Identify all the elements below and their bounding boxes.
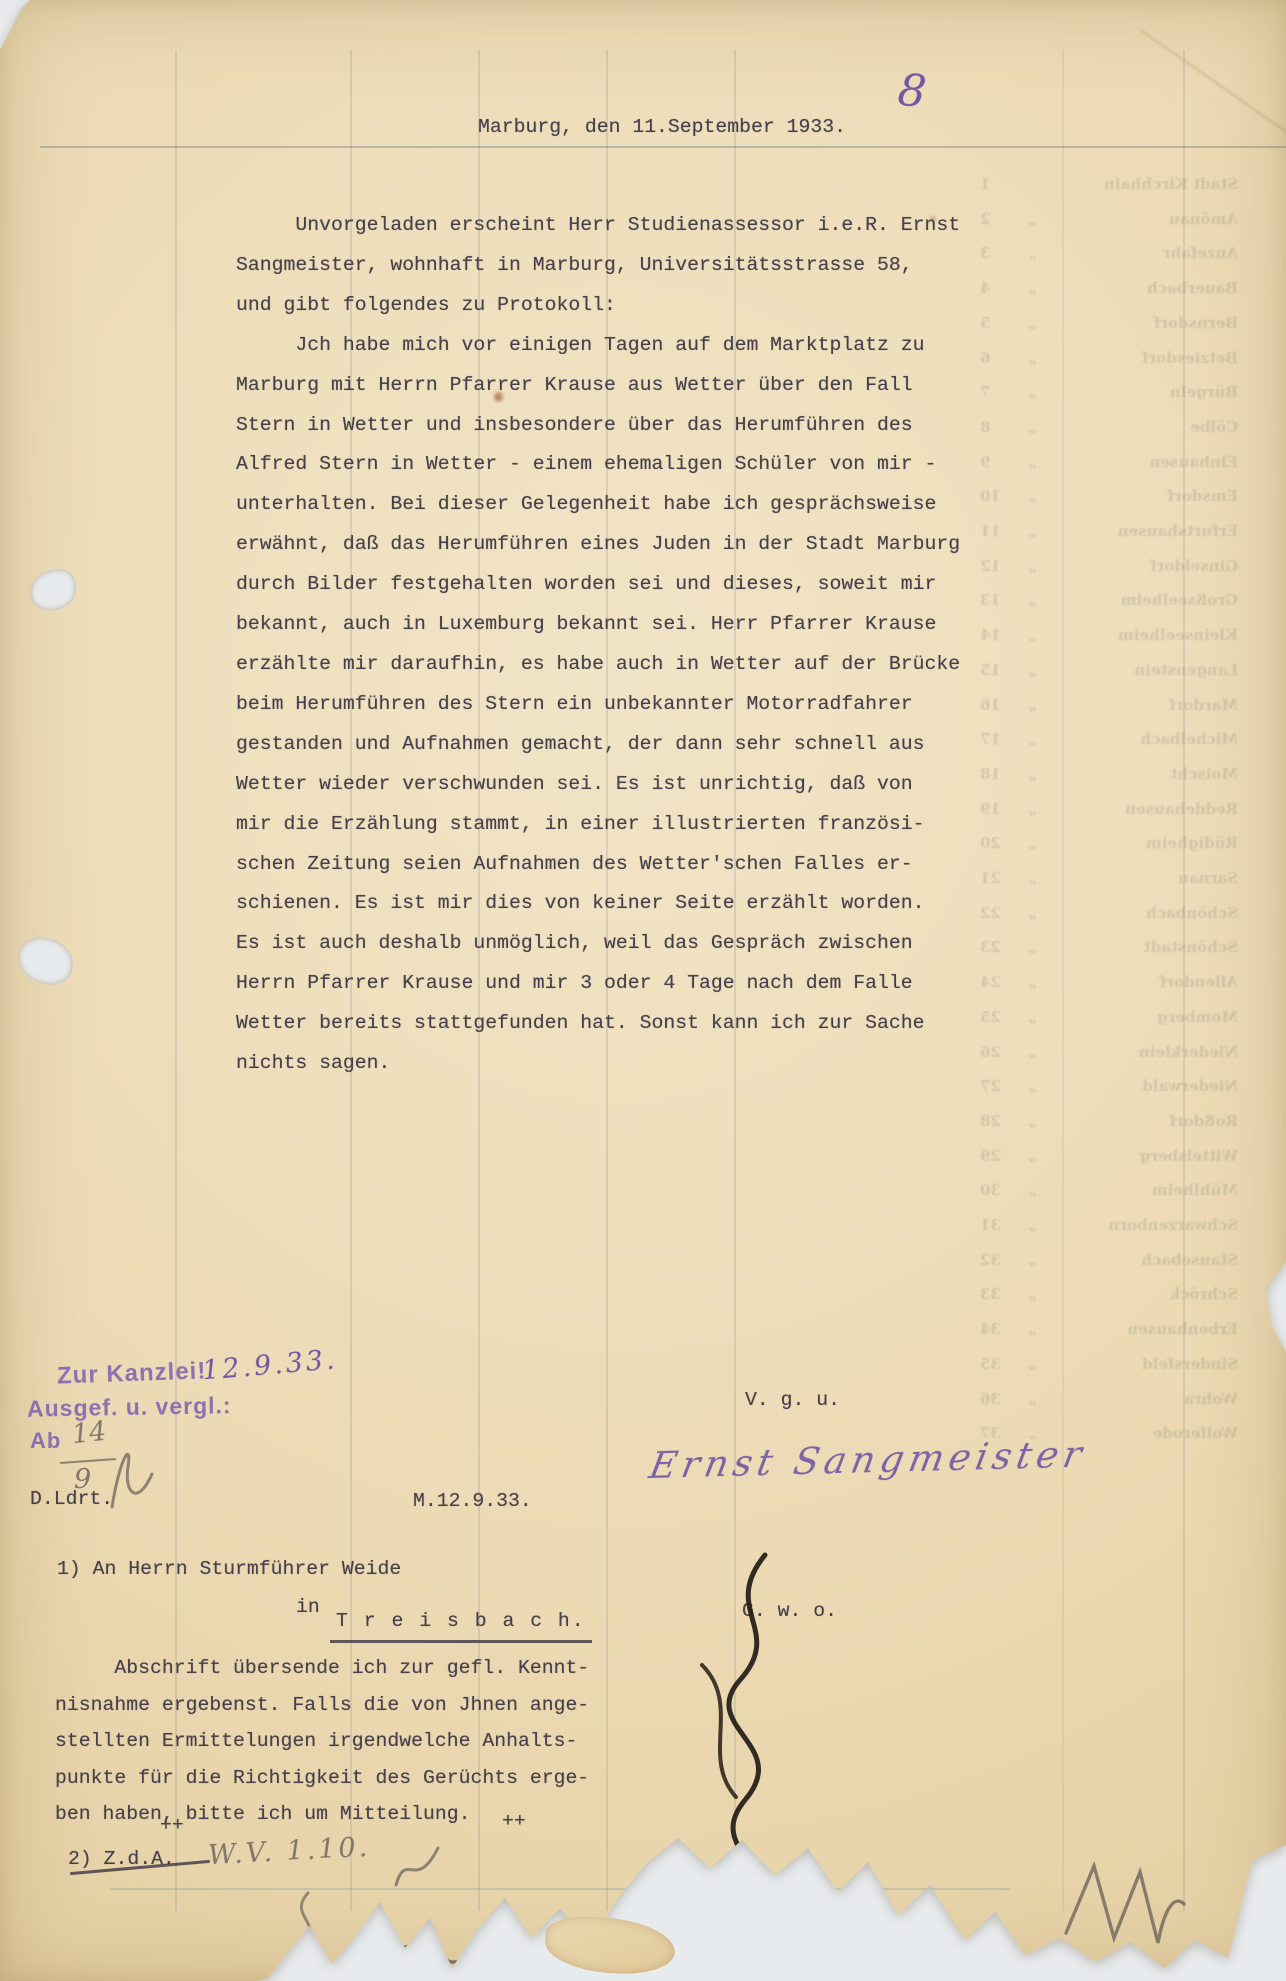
bleedthrough-row: Cölbe„8 (980, 411, 1238, 443)
bleedthrough-row: Bauerbach„4 (980, 272, 1238, 304)
bleedthrough-row: Reddehausen„19 (980, 793, 1238, 825)
bleedthrough-row: Niederklein„26 (980, 1036, 1238, 1068)
dispatch-in: in (296, 1588, 320, 1628)
bleedthrough-row: Moischt„18 (980, 758, 1238, 790)
kanzlei-stamp: Zur Kanzlei! (57, 1357, 207, 1390)
bleedthrough-row: Wittelsberg„29 (980, 1140, 1238, 1172)
paper-sheet: Stadt Kirchhain1Amönau„2Anzefahr„3Bauerb… (0, 0, 1286, 1981)
bleedthrough-row: Elnhausen„9 (980, 446, 1238, 478)
bleedthrough-row: Anzefahr„3 (980, 237, 1238, 269)
dispatch-place: T r e i s b a c h. (336, 1602, 586, 1642)
bleedthrough-row: Bernsdorf„5 (980, 307, 1238, 339)
bleedthrough-row: Amönau„2 (980, 203, 1238, 235)
scanned-document: Stadt Kirchhain1Amönau„2Anzefahr„3Bauerb… (0, 0, 1286, 1981)
ab-stamp: Ab (30, 1428, 61, 1454)
bleedthrough-row: Schröck„33 (980, 1278, 1238, 1310)
ausgef-stamp: Ausgef. u. vergl.: (27, 1392, 232, 1423)
bleedthrough-row: Mardorf„16 (980, 689, 1238, 721)
bleedthrough-row: Ginseldorf„12 (980, 550, 1238, 582)
bleedthrough-row: Niederwald„27 (980, 1070, 1238, 1102)
ink-paraph (640, 1545, 830, 1895)
bleedthrough-row: Schwarzenborn„31 (980, 1209, 1238, 1241)
bleedthrough-row: Stadt Kirchhain1 (980, 168, 1238, 200)
bleedthrough-row: Momberg„25 (980, 1001, 1238, 1033)
pencil-zigzag-paraph (1056, 1848, 1196, 1963)
crease-line (1062, 50, 1064, 1911)
punch-hole (27, 567, 78, 613)
bleedthrough-row: Schönstadt„23 (980, 931, 1238, 963)
bleedthrough-row: Emsdorf„10 (980, 480, 1238, 512)
bleedthrough-row: Sindersfeld„35 (980, 1348, 1238, 1380)
paper-shadow-wrap: Stadt Kirchhain1Amönau„2Anzefahr„3Bauerb… (0, 0, 1286, 1981)
page-number-annotation: 8 (895, 65, 928, 119)
zda-handwritten: W.V. 1.10. (207, 1832, 371, 1871)
treisbach-underline (330, 1640, 592, 1643)
bleedthrough-row: Erbenhausen„34 (980, 1313, 1238, 1345)
protocol-body: Unvorgeladen erscheint Herr Studienasses… (236, 206, 960, 1084)
stamp-date-handwritten: 12.9.33. (201, 1344, 339, 1387)
zda-note: 2) Z.d.A. (68, 1840, 175, 1880)
bleedthrough-row: Stausebach„32 (980, 1244, 1238, 1276)
plus-marks-right: ++ (502, 1802, 526, 1842)
crease-line (1183, 50, 1185, 1911)
crease-line (175, 50, 177, 1911)
bleedthrough-row: Rüdigheim„20 (980, 827, 1238, 859)
dispatch-note-1: 1) An Herrn Sturmführer Weide (57, 1550, 401, 1590)
pencil-scribble (280, 1888, 336, 1978)
bleedthrough-row: Großseelheim„13 (980, 584, 1238, 616)
bleedthrough-row: Kleinseelheim„14 (980, 619, 1238, 651)
dateline: Marburg, den 11.September 1933. (478, 108, 846, 148)
bleedthrough-row: Schönbach„22 (980, 897, 1238, 929)
dldrt-label: D.Ldrt. (30, 1480, 113, 1520)
bleedthrough-row: Betziesdorf„6 (980, 342, 1238, 374)
crease-line (110, 1888, 1010, 1890)
bleedthrough-row: Erfurtshausen„11 (980, 515, 1238, 547)
bleedthrough-row: Roßdorf„28 (980, 1105, 1238, 1137)
pencil-scribble (352, 1908, 482, 1980)
bleedthrough-row: Sarnau„21 (980, 862, 1238, 894)
bleedthrough-row: Bürgeln„7 (980, 376, 1238, 408)
bleedthrough-row: Langenstein„15 (980, 654, 1238, 686)
vgu-closing: V. g. u. (745, 1381, 840, 1421)
bleedthrough-row: Wohra„36 (980, 1383, 1238, 1415)
bleedthrough-column: Stadt Kirchhain1Amönau„2Anzefahr„3Bauerb… (980, 0, 1238, 1500)
pencil-check-scribble (388, 1840, 448, 1900)
punch-hole (16, 935, 76, 986)
bleedthrough-row: Mühlheim„30 (980, 1174, 1238, 1206)
bleedthrough-row: Allendorf„24 (980, 966, 1238, 998)
bleedthrough-row: Michelbach„17 (980, 723, 1238, 755)
m-date-label: M.12.9.33. (413, 1482, 532, 1522)
